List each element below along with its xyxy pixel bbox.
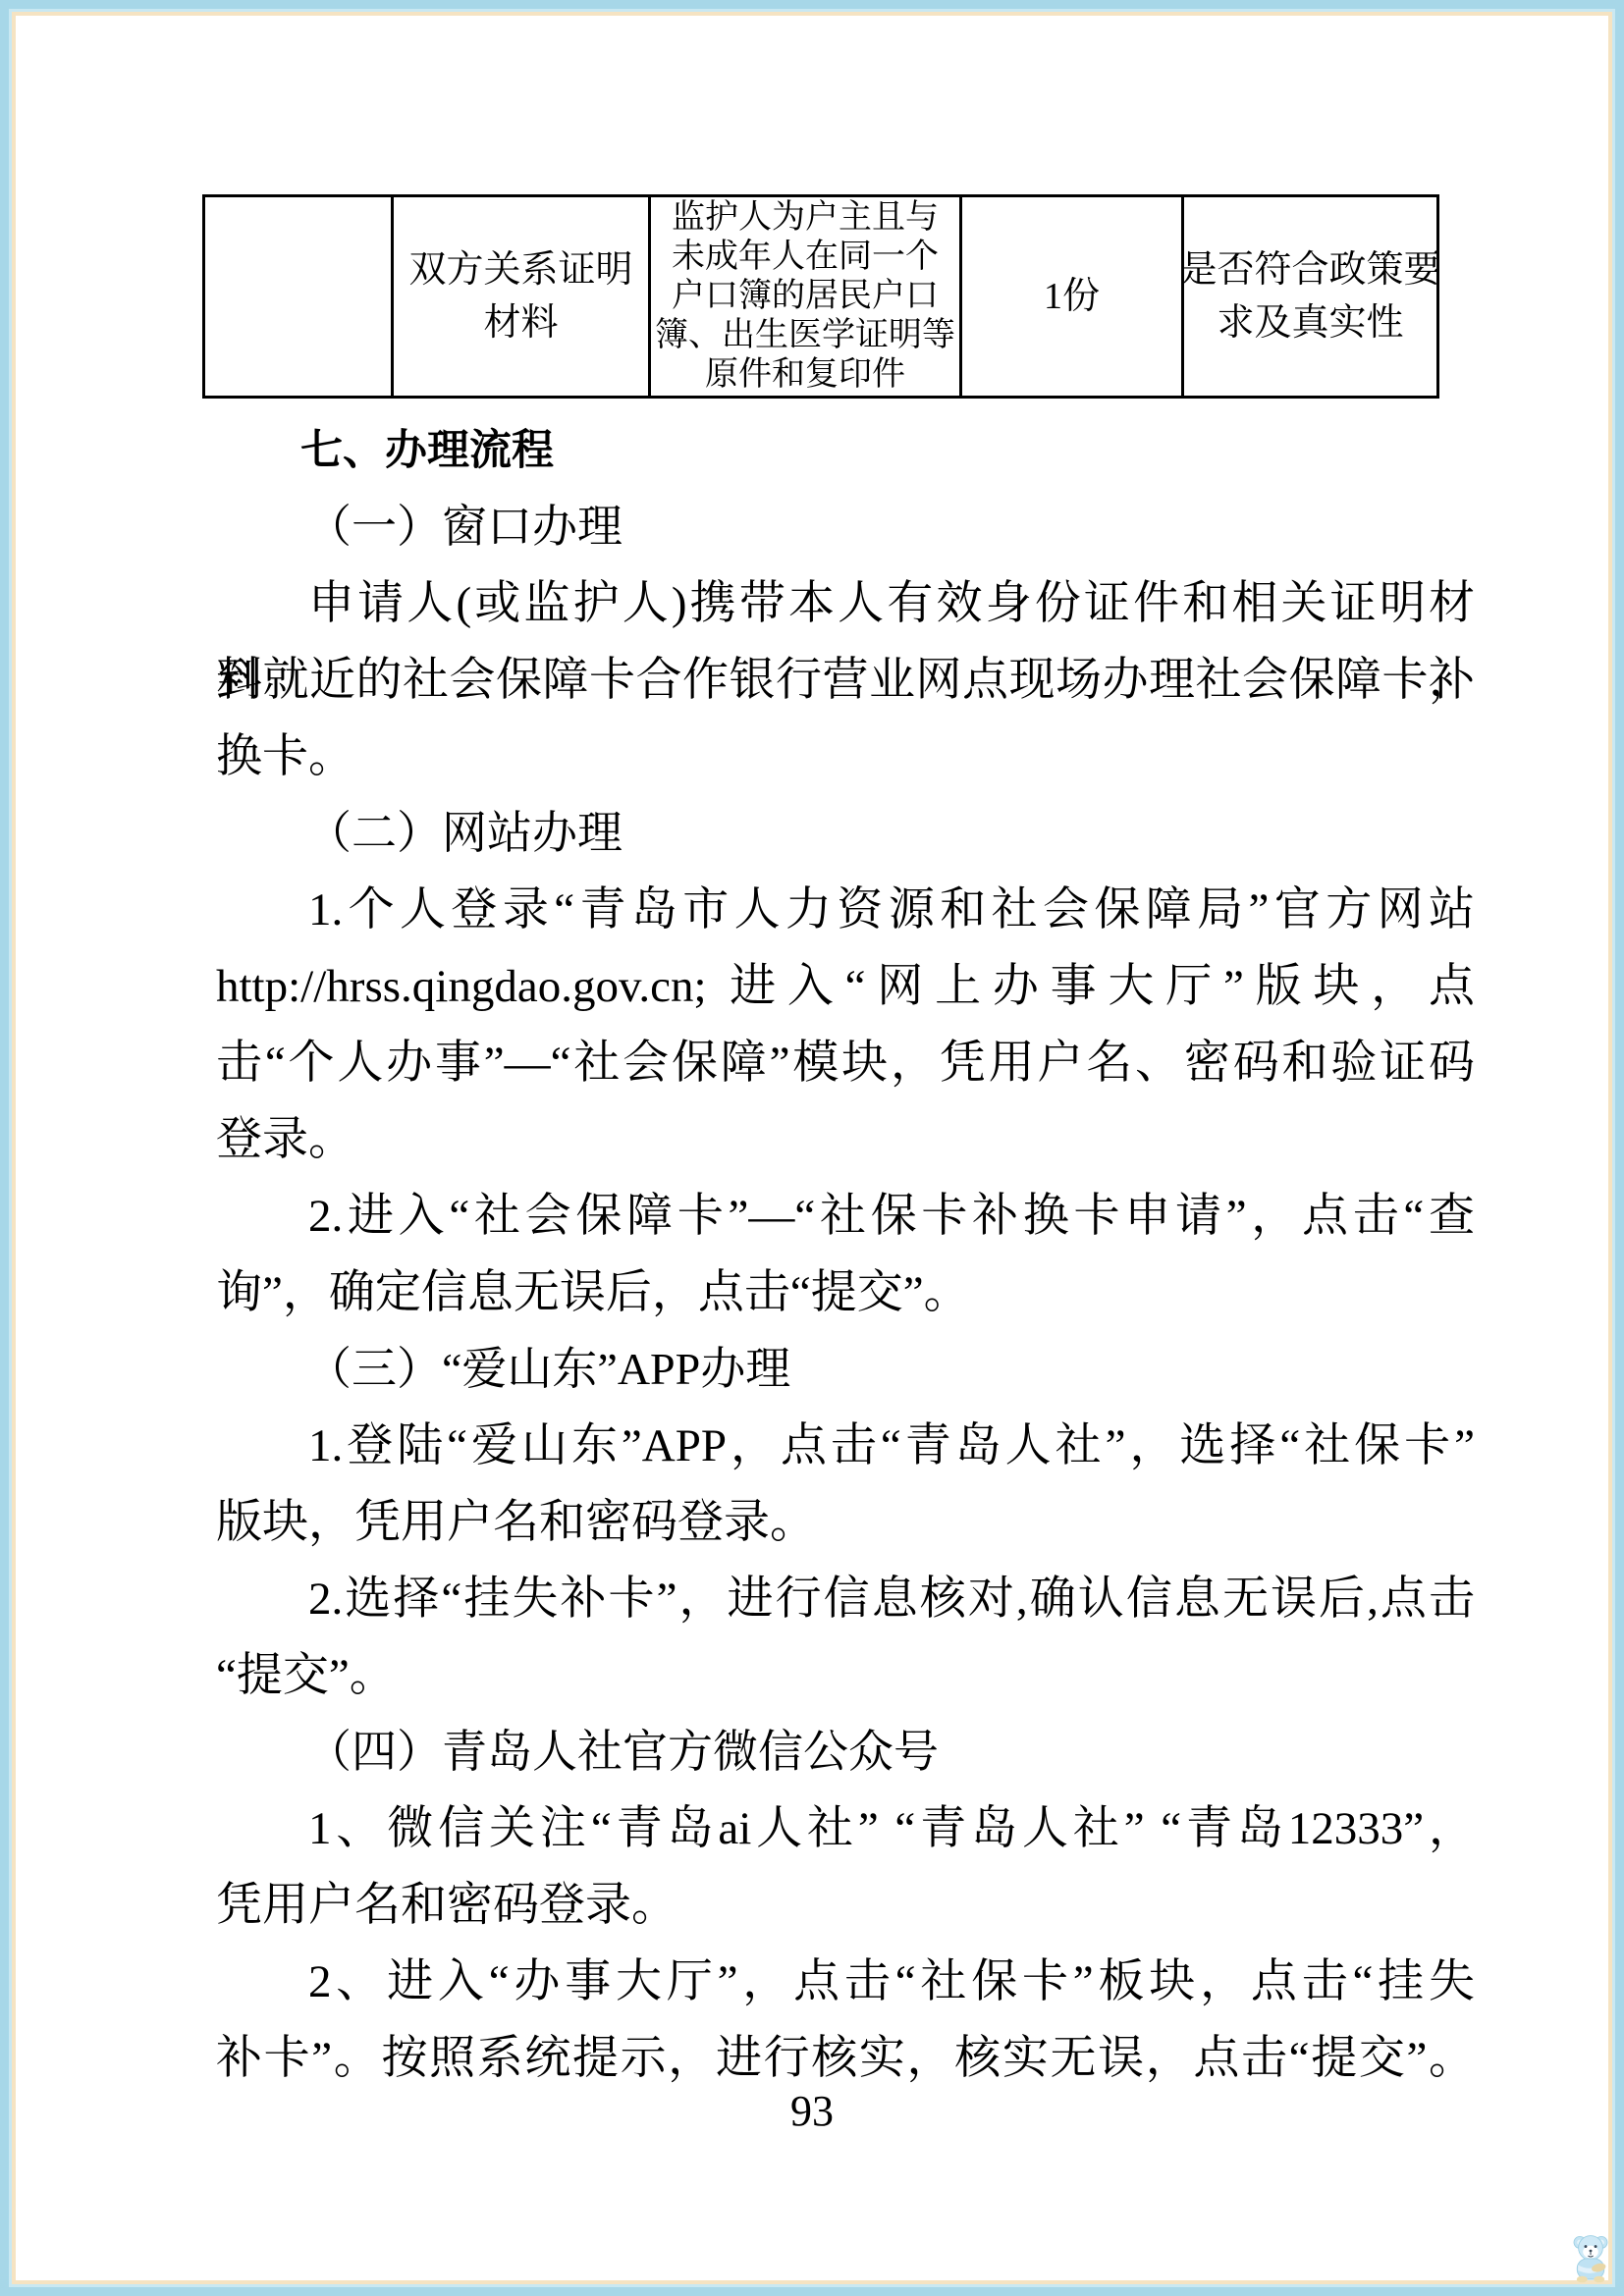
body-text-line: 版块，凭用户名和密码登录。 <box>216 1484 1475 1561</box>
table-cell-line: 簿、出生医学证明等 <box>655 316 955 355</box>
subsection-heading: （四）青岛人社官方微信公众号 <box>216 1714 1475 1790</box>
table-cell-col-5-review-standard: 是否符合政策要求及真实性 <box>1181 197 1436 396</box>
table-cell-line: 材料 <box>483 296 558 349</box>
subsection-heading: （一）窗口办理 <box>216 489 1475 565</box>
table-cell-line: 户口簿的居民户口 <box>672 277 939 316</box>
body-text-line: 击“个人办事”—“社会保障”模块，凭用户名、密码和验证码 <box>216 1025 1475 1101</box>
body-text-line: 询”，确定信息无误后，点击“提交”。 <box>216 1255 1475 1331</box>
table-cell-col-1-empty <box>205 197 391 396</box>
body-text-line: 1.个人登录“青岛市人力资源和社会保障局”官方网站 <box>216 872 1475 948</box>
materials-table: 双方关系证明材料监护人为户主且与未成年人在同一个户口簿的居民户口簿、出生医学证明… <box>202 194 1439 399</box>
body-text-line: http://hrss.qingdao.gov.cn; 进入“网上办事大厅”版块… <box>216 948 1475 1025</box>
table-cell-line: 求及真实性 <box>1217 296 1403 349</box>
table-cell-line: 双方关系证明 <box>408 243 632 296</box>
body-text-line: “提交”。 <box>216 1637 1475 1714</box>
table-cell-line: 是否符合政策要 <box>1180 243 1441 296</box>
body-text-line: 1、微信关注“青岛ai人社” “青岛人社” “青岛12333”， <box>216 1790 1475 1867</box>
table-cell-col-4-quantity: 1份 <box>959 197 1181 396</box>
table-cell-line: 监护人为户主且与 <box>672 198 939 238</box>
table-cell-line: 原件和复印件 <box>705 355 905 395</box>
body-text-line: 2、进入“办事大厅”，点击“社保卡”板块，点击“挂失 <box>216 1944 1475 2020</box>
document-page: { "page": { "number": "93" }, "colors": … <box>0 0 1624 2296</box>
subsection-heading: （二）网站办理 <box>216 795 1475 872</box>
table-cell-col-3-material-detail: 监护人为户主且与未成年人在同一个户口簿的居民户口簿、出生医学证明等原件和复印件 <box>648 197 959 396</box>
body-text-line: 登录。 <box>216 1101 1475 1178</box>
section-heading: 七、办理流程 <box>216 412 1475 489</box>
teddy-bear-icon <box>1569 2231 1612 2284</box>
subsection-heading: （三）“爱山东”APP办理 <box>216 1331 1475 1408</box>
table-cell-col-2-material-name: 双方关系证明材料 <box>391 197 648 396</box>
body-text-line: 换卡。 <box>216 719 1475 795</box>
table-cell-line: 未成年人在同一个 <box>672 238 939 277</box>
document-body: 七、办理流程（一）窗口办理申请人(或监护人)携带本人有效身份证件和相关证明材料，… <box>216 412 1475 2097</box>
page-number: 93 <box>0 2073 1624 2150</box>
body-text-line: 2.选择“挂失补卡”，进行信息核对,确认信息无误后,点击 <box>216 1561 1475 1637</box>
body-text-line: 2.进入“社会保障卡”—“社保卡补换卡申请”，点击“查 <box>216 1178 1475 1255</box>
body-text-line: 凭用户名和密码登录。 <box>216 1867 1475 1944</box>
body-text-line: 申请人(或监护人)携带本人有效身份证件和相关证明材料， <box>216 565 1475 642</box>
body-text-line: 到就近的社会保障卡合作银行营业网点现场办理社会保障卡补 <box>216 642 1475 719</box>
body-text-line: 1.登陆“爱山东”APP，点击“青岛人社”，选择“社保卡” <box>216 1408 1475 1484</box>
table-cell-line: 1份 <box>1044 270 1100 323</box>
